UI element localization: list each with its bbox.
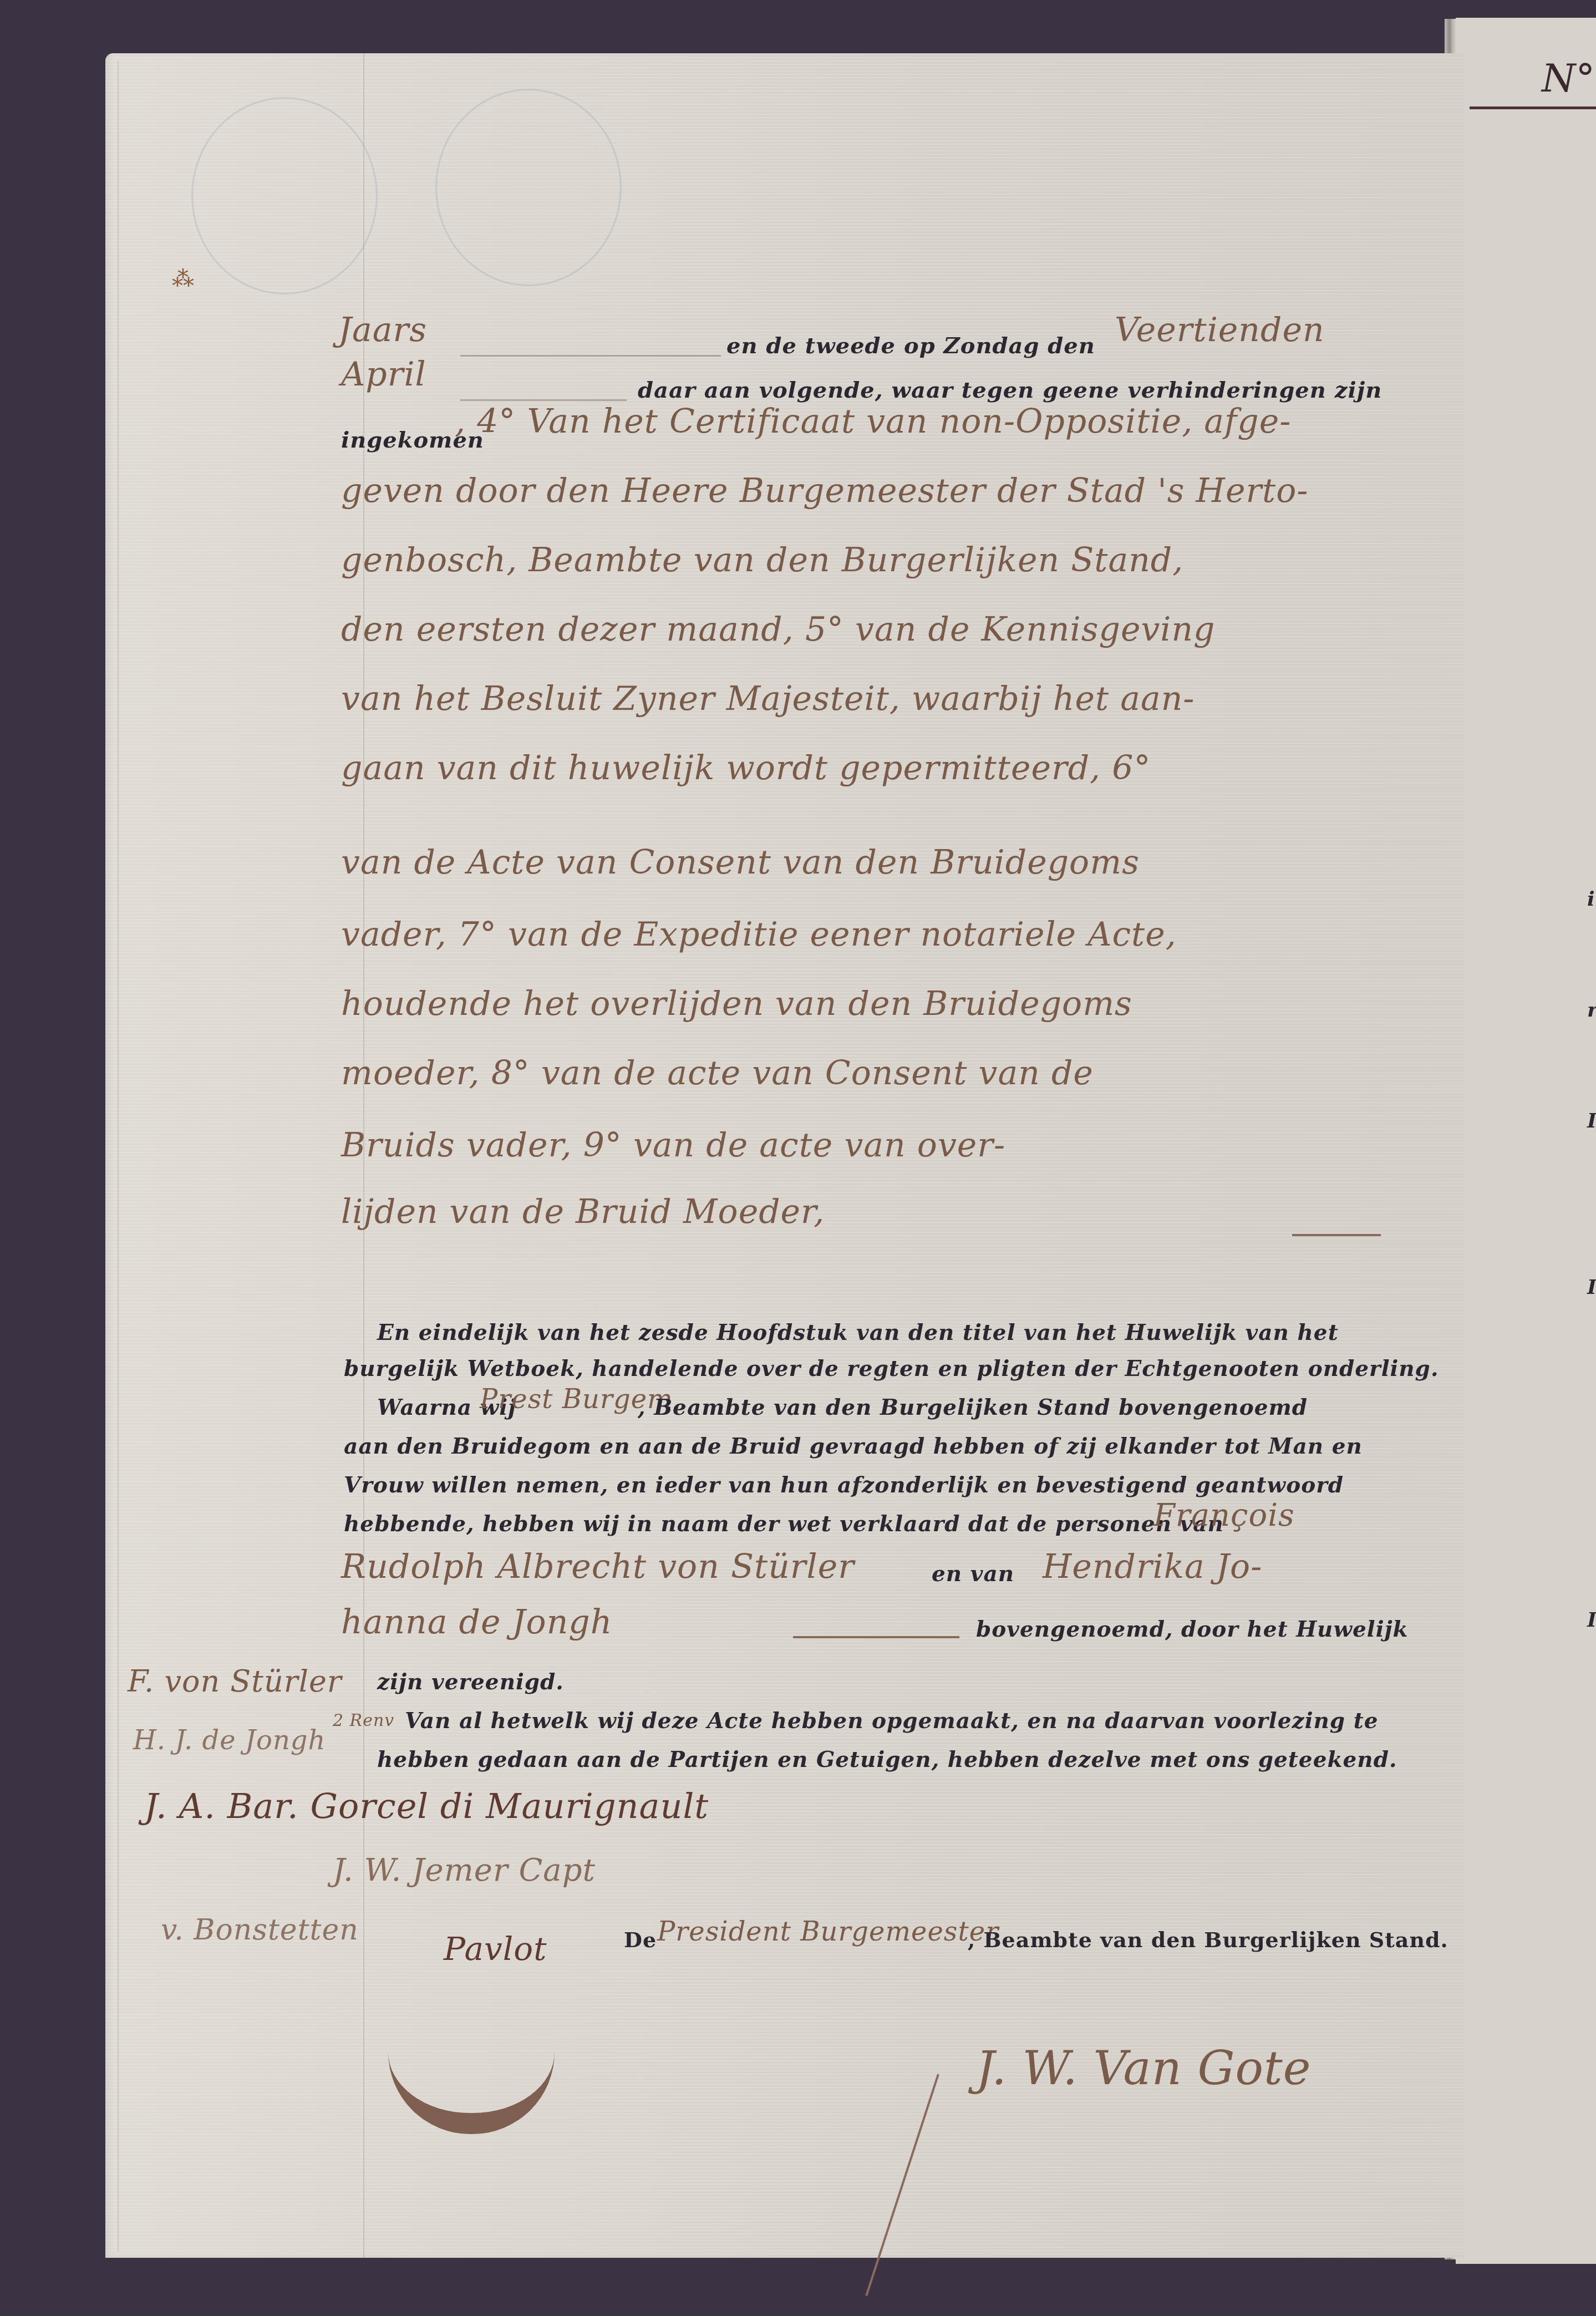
hand-year: Jaars	[338, 311, 427, 349]
hand-groom-name: Rudolph Albrecht von Stürler	[341, 1547, 855, 1586]
hand-line-3: , 4° Van het Certificaat van non-Opposit…	[455, 402, 1291, 441]
facing-page-text-fragment: i	[1587, 887, 1595, 911]
facing-page-number-label: N°	[1542, 55, 1595, 101]
hand-line: Bruids vader, 9° van de acte van over-	[341, 1126, 1005, 1165]
facing-page-text-fragment: r	[1587, 998, 1596, 1022]
closing-line-5: Vrouw willen nemen, en ieder van hun afz…	[344, 1472, 1344, 1498]
hand-month: April	[341, 355, 426, 394]
facing-page-rule	[1470, 106, 1596, 109]
printed-line-2: daar aan volgende, waar tegen geene verh…	[638, 377, 1382, 403]
hand-line: gaan van dit huwelijk wordt gepermitteer…	[341, 749, 1151, 788]
closing-line-4: aan den Bruidegom en aan de Bruid gevraa…	[344, 1434, 1363, 1459]
signature-groom: F. von Stürler	[128, 1664, 342, 1699]
hand-line: geven door den Heere Burgemeester der St…	[341, 471, 1309, 510]
hand-bride-name: Hendrika Jo-	[1043, 1547, 1262, 1586]
facing-page-text-fragment: I	[1587, 1276, 1596, 1299]
facing-page	[1456, 18, 1596, 2264]
facing-page-text-fragment: I	[1587, 1109, 1596, 1132]
hand-line: lijden van de Bruid Moeder,	[341, 1192, 825, 1231]
closing-line-3b: , Beambte van den Burgelijken Stand bove…	[638, 1395, 1308, 1420]
hand-groom-firstname: François	[1153, 1497, 1295, 1533]
signature-witness-4: Pavlot	[444, 1930, 547, 1968]
hand-line: vader, 7° van de Expeditie eener notarie…	[341, 915, 1177, 954]
embossed-seal-right	[435, 89, 622, 286]
signature-witness-1: J. A. Bar. Gorcel di Maurignault	[144, 1786, 709, 1826]
fill-rule	[460, 399, 627, 401]
hand-line: genbosch, Beambte van den Burgerlijken S…	[341, 541, 1183, 580]
hand-line: den eersten dezer maand, 5° van de Kenni…	[341, 610, 1216, 649]
signature-officer: J. W. Van Gote	[976, 2041, 1312, 2095]
hand-line: van de Acte van Consent van den Bruidego…	[341, 843, 1140, 882]
closing-line-8: bovengenoemd, door het Huwelijk	[976, 1617, 1409, 1642]
end-rule	[1292, 1234, 1381, 1236]
hand-line: moeder, 8° van de acte van Consent van d…	[341, 1054, 1094, 1093]
ink-stain: ⁂	[172, 266, 194, 292]
hand-line: van het Besluit Zyner Majesteit, waarbij…	[341, 679, 1195, 718]
closing-line-11: hebben gedaan aan de Partijen en Getuige…	[377, 1747, 1397, 1772]
signature-bride: H. J. de Jongh	[133, 1725, 326, 1756]
signature-witness-3: v. Bonstetten	[161, 1913, 359, 1947]
printed-line-1: en de tweede op Zondag den	[726, 333, 1095, 359]
page-edge-line	[118, 61, 119, 2252]
fill-rule	[793, 1636, 959, 1638]
signature-witness-2: J. W. Jemer Capt	[333, 1852, 596, 1888]
closing-line-9: zijn vereenigd.	[377, 1669, 564, 1695]
closing-line-7: en van	[932, 1561, 1014, 1587]
margin-note: 2 Renv	[333, 1711, 394, 1730]
closing-line-10: Van al hetwelk wij deze Acte hebben opge…	[405, 1708, 1378, 1734]
officer-line-suffix: , Beambte van den Burgerlijken Stand.	[968, 1927, 1448, 1952]
closing-line-1: En eindelijk van het zesde Hoofdstuk van…	[377, 1320, 1339, 1345]
hand-bride-surname: hanna de Jongh	[341, 1603, 612, 1642]
hand-officer-role: President Burgemeester	[657, 1916, 999, 1947]
closing-line-2: burgelijk Wetboek, handelende over de re…	[344, 1356, 1439, 1382]
facing-page-text-fragment: I	[1587, 1608, 1596, 1632]
officer-line-prefix: De	[624, 1927, 657, 1952]
hand-line: houdende het overlijden van den Bruidego…	[341, 984, 1132, 1023]
fill-rule	[460, 355, 721, 357]
hand-day: Veertienden	[1115, 311, 1325, 349]
embossed-seal-left	[191, 97, 378, 294]
closing-line-6: hebbende, hebben wij in naam der wet ver…	[344, 1511, 1224, 1537]
